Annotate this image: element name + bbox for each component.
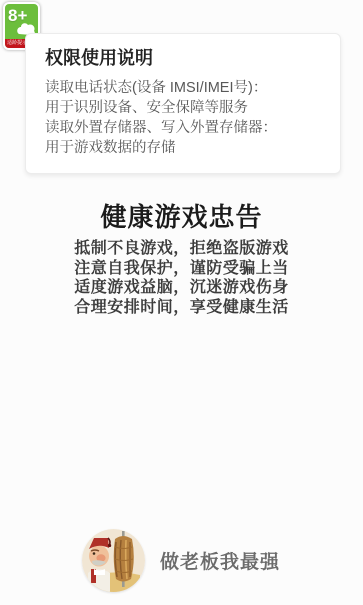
health-notice-line: 注意自我保护，谨防受骗上当 xyxy=(0,259,363,279)
game-splash-screen: { "age_badge": { "rating": "8+", "label"… xyxy=(0,0,363,605)
health-notice: 健康游戏忠告 抵制不良游戏，拒绝盗版游戏 注意自我保护，谨防受骗上当 适度游戏益… xyxy=(0,203,363,317)
health-notice-title: 健康游戏忠告 xyxy=(0,203,363,231)
health-notice-line: 合理安排时间，享受健康生活 xyxy=(0,298,363,318)
permission-line: 用于游戏数据的存储 xyxy=(45,138,321,158)
app-identity-footer: 做老板我最强 xyxy=(82,529,280,592)
permission-line: 读取外置存储器、写入外置存储器： xyxy=(45,118,321,138)
health-notice-line: 适度游戏益脑，沉迷游戏伤身 xyxy=(0,278,363,298)
app-avatar xyxy=(82,529,145,592)
health-notice-line: 抵制不良游戏，拒绝盗版游戏 xyxy=(0,239,363,259)
permission-card-title: 权限使用说明 xyxy=(45,47,321,69)
app-name-label: 做老板我最强 xyxy=(160,547,280,574)
permission-card: 权限使用说明 读取电话状态(设备 IMSI/IMEI号)： 用于识别设备、安全保… xyxy=(25,33,341,174)
kebab-chef-illustration xyxy=(82,529,145,592)
permission-line: 用于识别设备、安全保障等服务 xyxy=(45,98,321,118)
permission-line: 读取电话状态(设备 IMSI/IMEI号)： xyxy=(45,78,321,98)
